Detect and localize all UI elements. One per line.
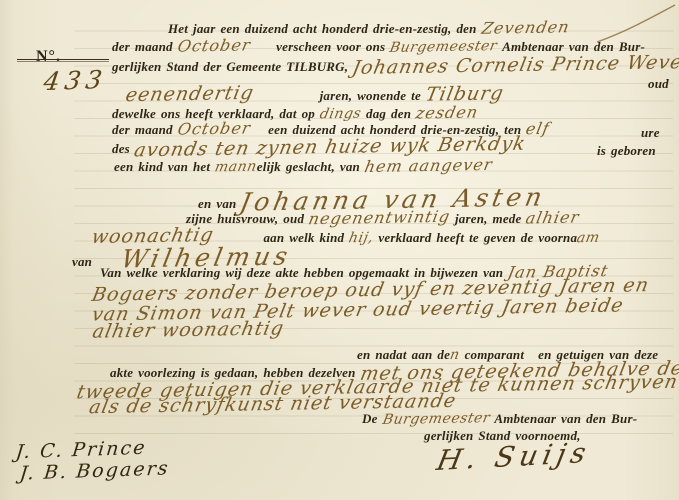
handwritten-text: hij, [348, 231, 380, 246]
record-number-label: N°. [36, 48, 61, 65]
document-line: oud [648, 76, 669, 92]
handwritten-text: Burgemeester [389, 39, 504, 55]
handwritten-text: dings [318, 107, 362, 122]
handwritten-text: Burgemeester [381, 411, 496, 427]
signature: H. Suijs [434, 439, 593, 475]
handwritten-text: alhier [525, 210, 582, 227]
printed-text: jaren, wonende te [320, 88, 426, 103]
printed-text: Ambtenaar van den Bur- [494, 411, 637, 426]
printed-text: verscheen voor ons [276, 39, 390, 54]
handwritten-text: zesden [414, 104, 479, 121]
document-line: een kind van het mannelijk geslacht, van… [114, 158, 492, 175]
record-number: N°. 433 [20, 30, 107, 113]
printed-text: oud [648, 76, 669, 91]
document-line: J. B. Bogaers [20, 462, 169, 481]
handwritten-text: Zevenden [480, 19, 571, 37]
document-line: is geboren [597, 143, 656, 159]
printed-text: Het jaar een duizend acht honderd drie-e… [168, 21, 482, 36]
document-line: des avonds ten zynen huize wyk Berkdyk [112, 138, 525, 157]
printed-text: gerlijken Stand der Gemeente TILBURG, [112, 59, 353, 74]
printed-text: De [362, 411, 383, 426]
record-number-value: 433 [42, 65, 109, 96]
signature: J. B. Bogaers [19, 459, 171, 483]
document-line: ure [641, 125, 660, 141]
handwritten-text: October [176, 37, 252, 54]
handwritten-text: am [576, 231, 601, 245]
document-line: gerlijken Stand der Gemeente TILBURG, Jo… [112, 56, 679, 75]
printed-text: dag den [361, 106, 416, 121]
printed-text: der maand [112, 39, 178, 54]
handwritten-text: Tilburg [424, 84, 505, 104]
printed-text: ure [641, 125, 660, 140]
printed-text: en van [198, 196, 241, 211]
handwritten-text: alhier woonachtig [91, 319, 286, 341]
document-line: H. Suijs [438, 443, 589, 471]
handwritten-text: negenentwintig [307, 209, 452, 227]
printed-text: des [112, 141, 135, 156]
document-line: dewelke ons heeft verklaard, dat op ding… [112, 105, 478, 122]
printed-text: en nadat aan de [357, 347, 450, 362]
birth-certificate-document: N°. 433 Het jaar een duizend acht honder… [0, 0, 679, 500]
printed-text: van [72, 254, 92, 269]
printed-text: elijk geslacht, van [257, 159, 365, 174]
document-line: Het jaar een duizend acht honderd drie-e… [168, 20, 569, 37]
printed-text: jaren, mede [450, 211, 526, 226]
handwritten-text: mann [214, 160, 259, 175]
handwritten-text: October [176, 120, 252, 137]
handwritten-text: Johannes Cornelis Prince Wever [351, 53, 679, 78]
printed-text: verklaard heeft te geven de voorna [378, 230, 577, 245]
printed-text: een kind van het [114, 159, 215, 174]
handwritten-text: eenendertig [124, 84, 256, 105]
document-line: J. C. Prince [16, 441, 146, 460]
printed-text: der maand [112, 122, 178, 137]
handwritten-text: hem aangever [363, 157, 494, 175]
handwritten-text: elf [525, 121, 552, 137]
document-line: zijne huisvrouw, oud negenentwintig jare… [186, 210, 580, 227]
record-number-underline [17, 59, 109, 60]
document-line: van Simon van Pelt wever oud veertig Jar… [93, 301, 623, 320]
printed-text: is geboren [597, 143, 656, 158]
document-line: eenendertigjaren, wonende te Tilburg [126, 85, 503, 104]
document-line: De Burgemeester Ambtenaar van den Bur- [362, 411, 637, 427]
document-line: alhier woonachtig [93, 321, 284, 340]
